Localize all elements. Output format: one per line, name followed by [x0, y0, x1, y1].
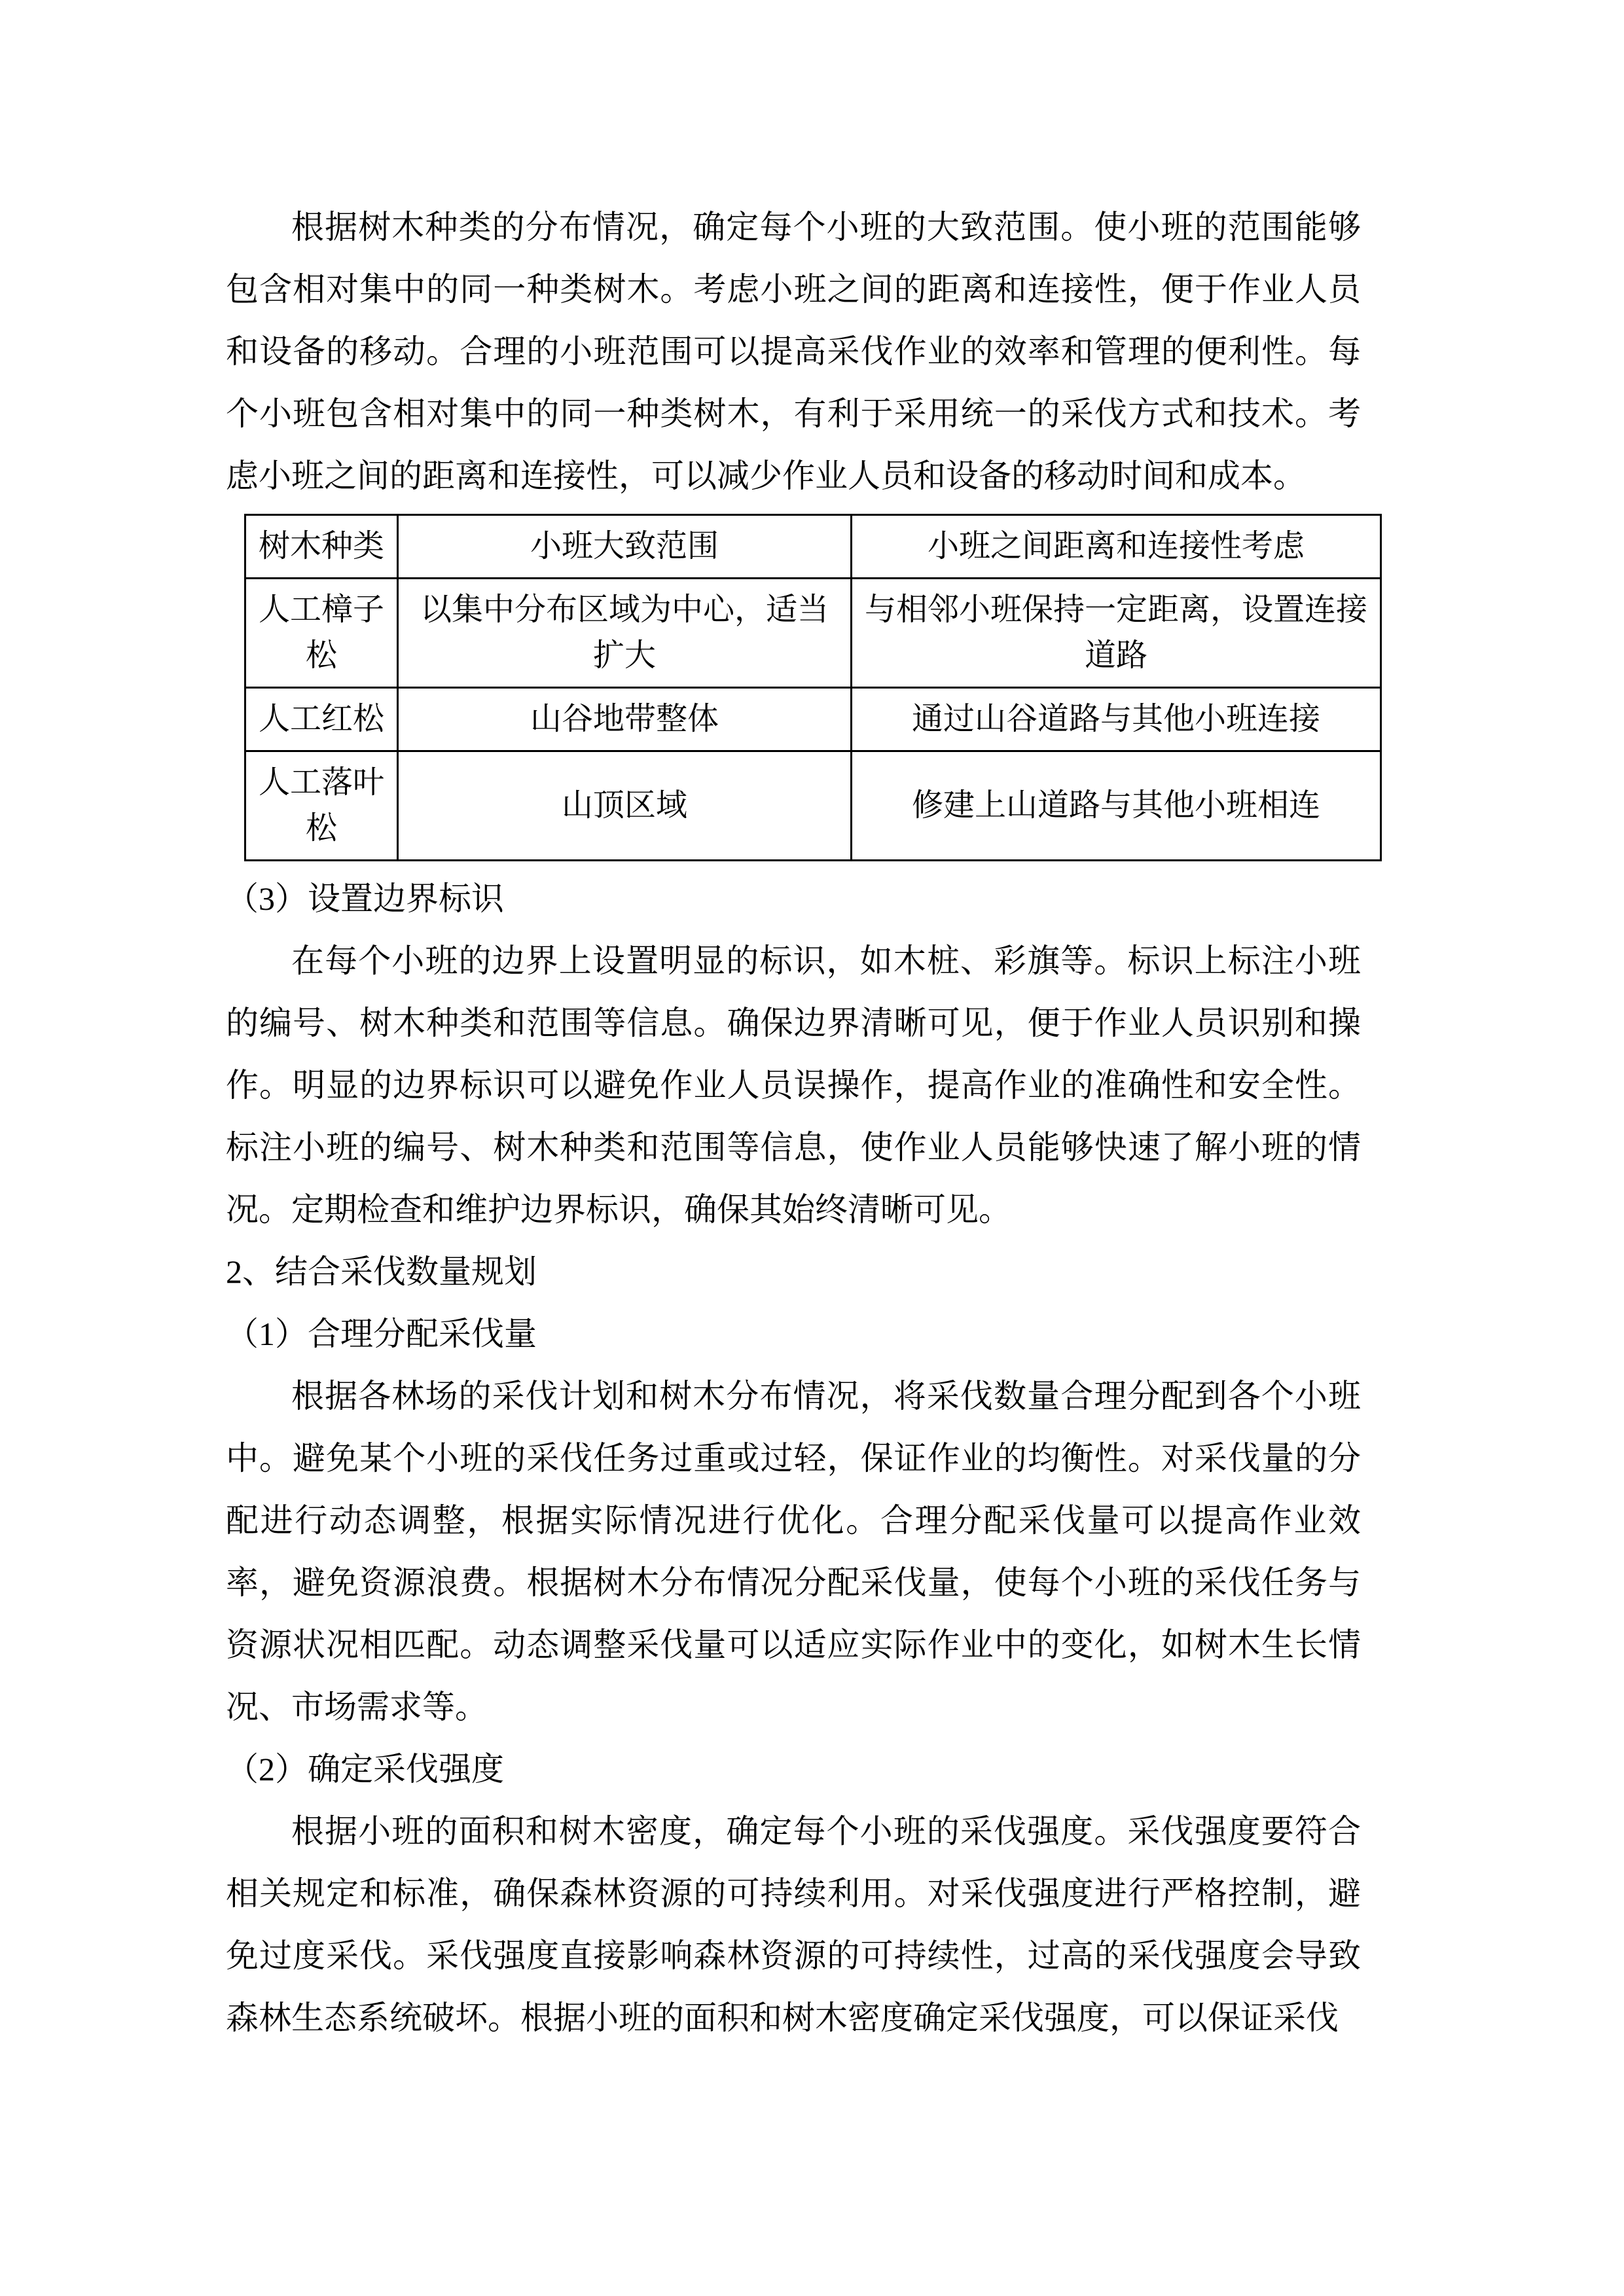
table-cell-range: 山谷地带整体 [398, 688, 852, 751]
document-body: 根据树木种类的分布情况，确定每个小班的大致范围。使小班的范围能够包含相对集中的同… [0, 0, 1361, 2049]
table-cell-range: 山顶区域 [398, 751, 852, 861]
species-range-table: 树木种类 小班大致范围 小班之间距离和连接性考虑 人工樟子松 以集中分布区域为中… [244, 514, 1382, 861]
table-header-row: 树木种类 小班大致范围 小班之间距离和连接性考虑 [245, 515, 1381, 579]
paragraph-cutting-intensity: 根据小班的面积和树木密度，确定每个小班的采伐强度。采伐强度要符合相关规定和标准，… [226, 1801, 1361, 2049]
table-cell-species: 人工红松 [245, 688, 398, 751]
paragraph-quota-allocation: 根据各林场的采伐计划和树木分布情况，将采伐数量合理分配到各个小班中。避免某个小班… [226, 1365, 1361, 1738]
heading-cutting-intensity: （2）确定采伐强度 [226, 1738, 1361, 1801]
table-cell-species: 人工落叶松 [245, 751, 398, 861]
table-cell-connectivity: 通过山谷道路与其他小班连接 [852, 688, 1381, 751]
table-cell-range: 以集中分布区域为中心，适当扩大 [398, 579, 852, 688]
document-page: { "page": { "background": "#ffffff", "te… [0, 0, 1624, 2296]
heading-section-2: 2、结合采伐数量规划 [226, 1241, 1361, 1303]
table-row: 人工樟子松 以集中分布区域为中心，适当扩大 与相邻小班保持一定距离，设置连接道路 [245, 579, 1381, 688]
table-cell-connectivity: 与相邻小班保持一定距离，设置连接道路 [852, 579, 1381, 688]
paragraph-range-determination: 根据树木种类的分布情况，确定每个小班的大致范围。使小班的范围能够包含相对集中的同… [226, 196, 1361, 507]
paragraph-boundary-marking: 在每个小班的边界上设置明显的标识，如木桩、彩旗等。标识上标注小班的编号、树木种类… [226, 930, 1361, 1241]
table-header-connectivity: 小班之间距离和连接性考虑 [852, 515, 1381, 579]
table-row: 人工落叶松 山顶区域 修建上山道路与其他小班相连 [245, 751, 1381, 861]
table-cell-species: 人工樟子松 [245, 579, 398, 688]
table-cell-connectivity: 修建上山道路与其他小班相连 [852, 751, 1381, 861]
table-header-range: 小班大致范围 [398, 515, 852, 579]
heading-boundary-marking: （3）设置边界标识 [226, 868, 1361, 930]
heading-quota-allocation: （1）合理分配采伐量 [226, 1303, 1361, 1365]
table-header-species: 树木种类 [245, 515, 398, 579]
table-row: 人工红松 山谷地带整体 通过山谷道路与其他小班连接 [245, 688, 1381, 751]
